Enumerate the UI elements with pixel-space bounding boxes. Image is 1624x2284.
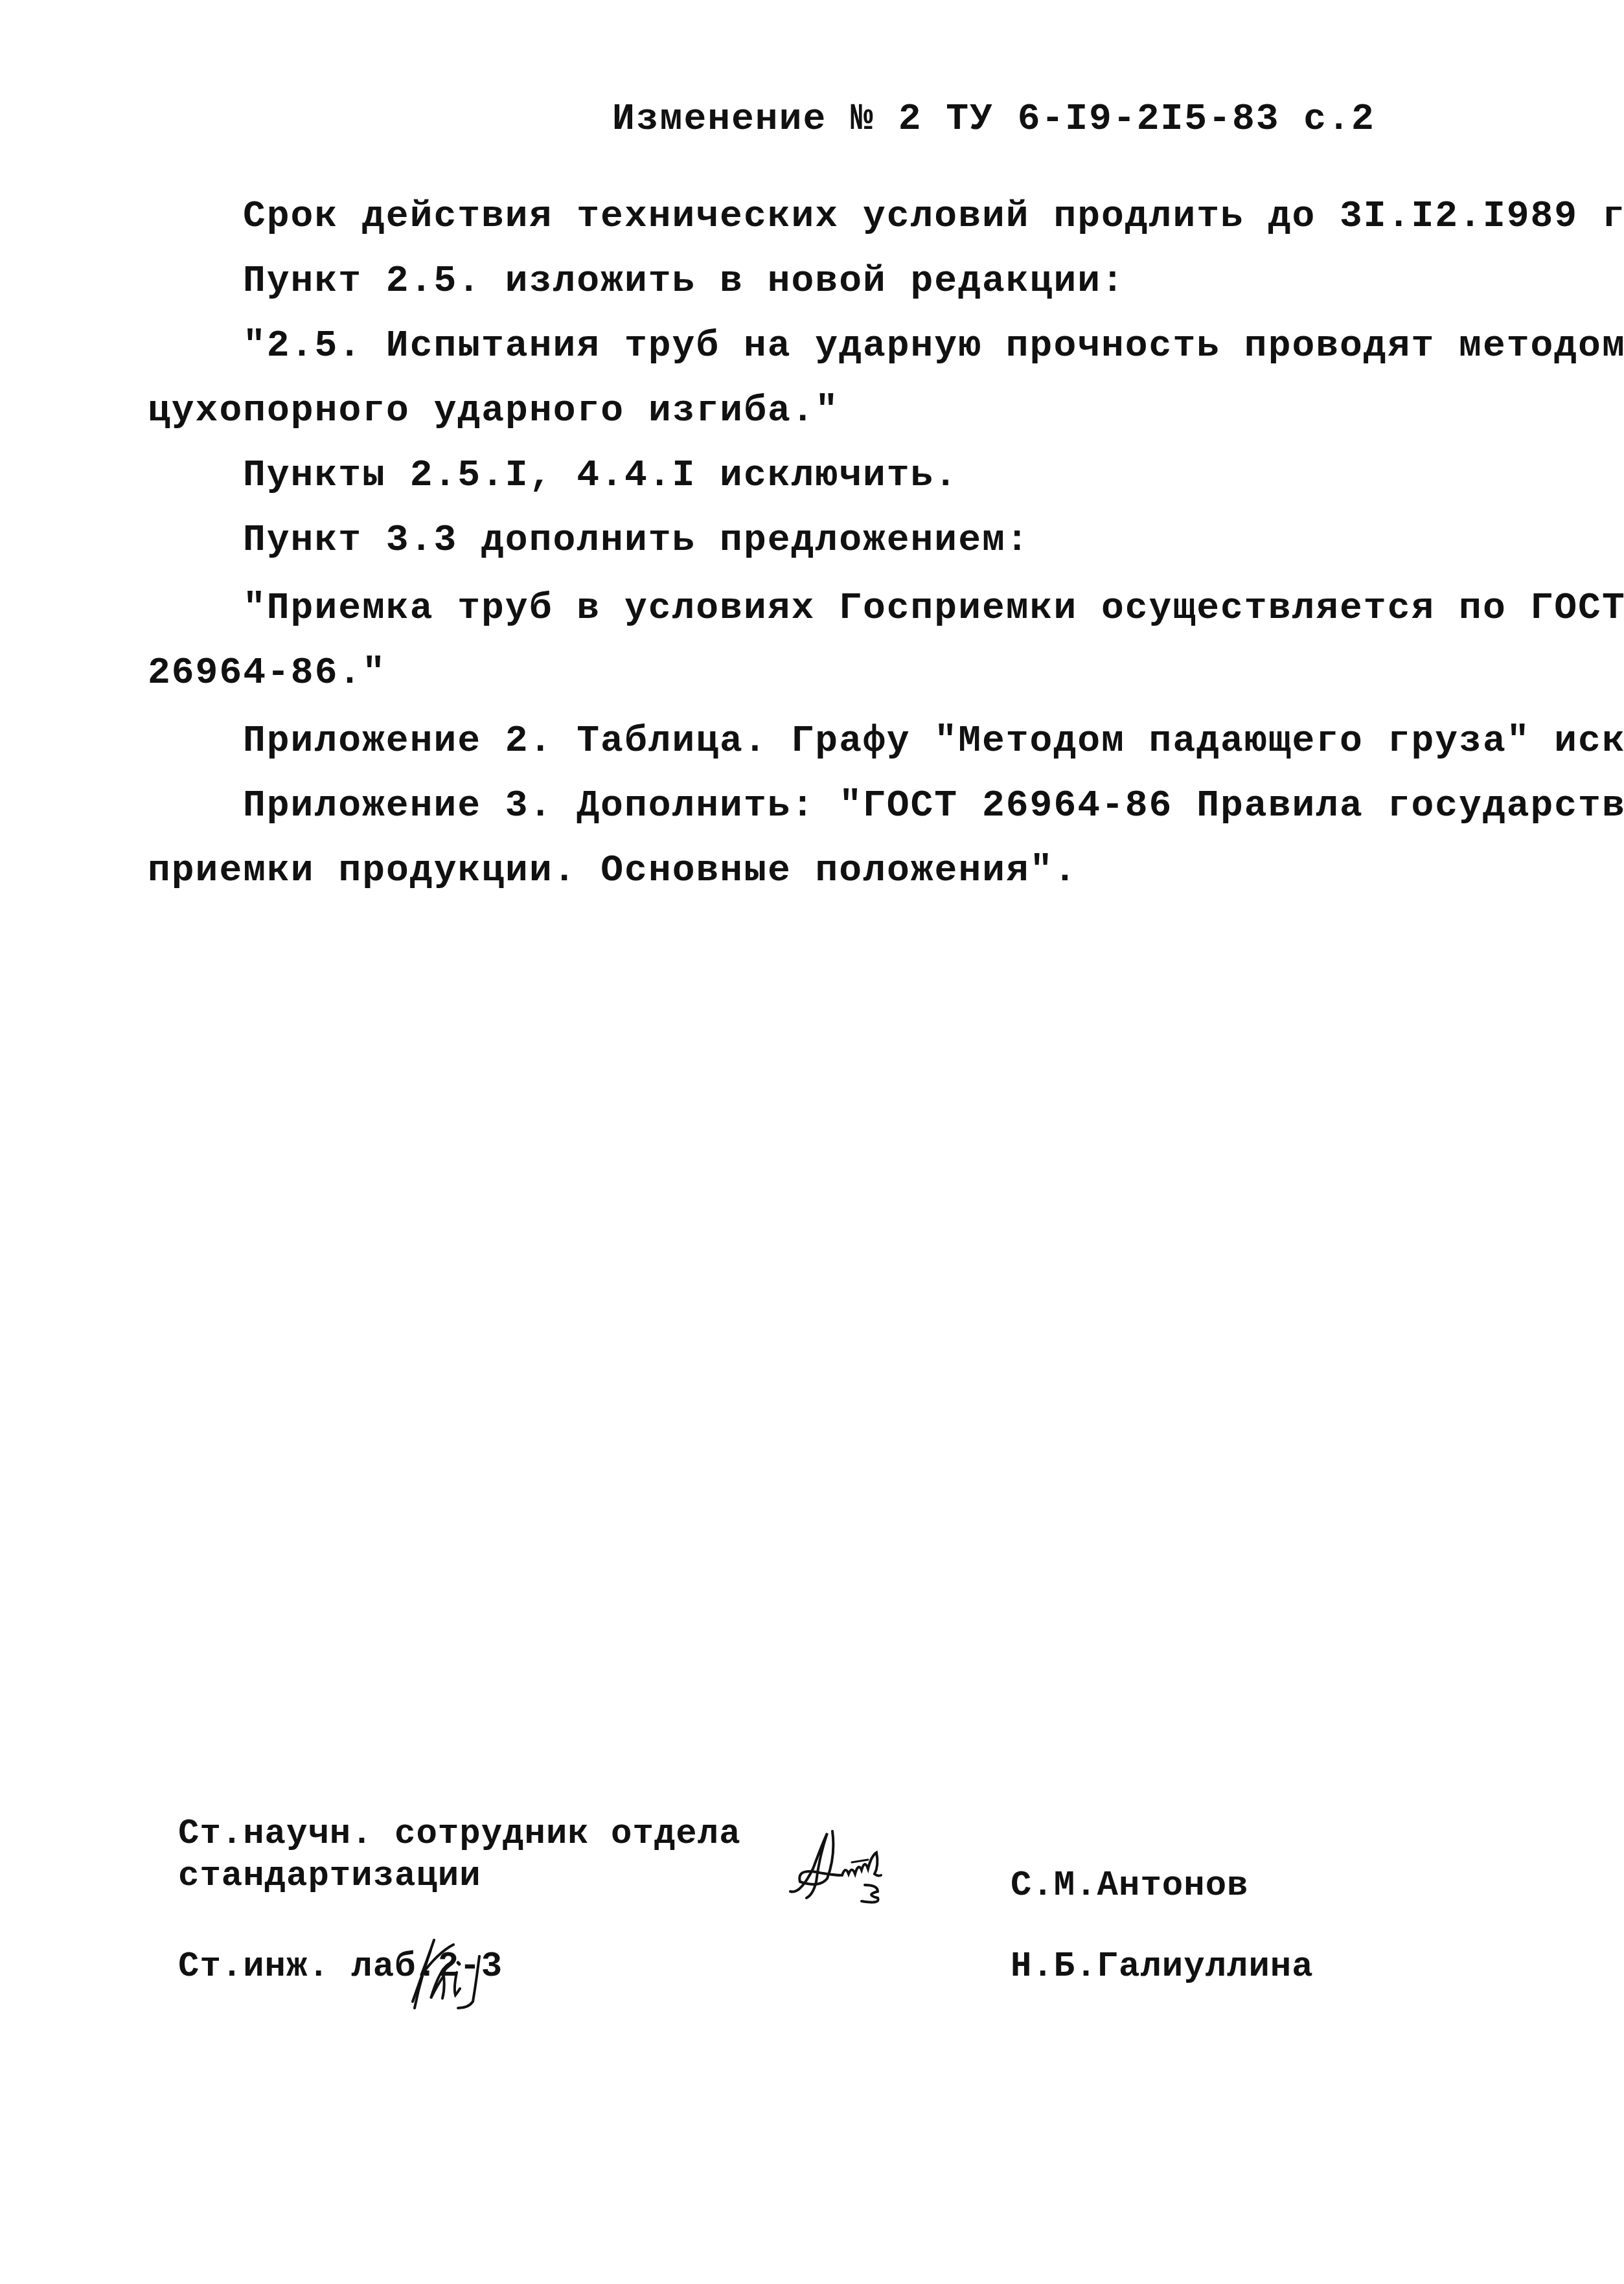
- paragraph-appendix-2: Приложение 2. Таблица. Графу "Методом па…: [243, 719, 1624, 764]
- handwritten-signature-icon: [411, 1937, 489, 2015]
- paragraph-item-2-5: Пункт 2.5. изложить в новой редакции:: [243, 259, 1125, 304]
- signatory-2-name: Н.Б.Галиуллина: [1011, 1947, 1314, 1988]
- signatory-1-position-line2: стандартизации: [178, 1856, 481, 1897]
- signature-antonov: [787, 1830, 962, 1914]
- paragraph-item-3-3: Пункт 3.3 дополнить предложением:: [243, 518, 1030, 564]
- handwritten-signature-icon: [787, 1830, 962, 1914]
- paragraph-appendix-3-line1: Приложение 3. Дополнить: "ГОСТ 26964-86 …: [243, 784, 1624, 829]
- document-header: Изменение № 2 ТУ 6-I9-2I5-83 с.2: [612, 97, 1375, 143]
- signatory-1-position-line1: Ст.научн. сотрудник отдела: [178, 1814, 741, 1855]
- paragraph-appendix-3-line2: приемки продукции. Основные положения".: [148, 849, 1077, 894]
- paragraph-validity-extension: Срок действия технических условий продли…: [243, 194, 1624, 240]
- paragraph-quote-2-5-line2: цухопорного ударного изгиба.": [148, 389, 839, 434]
- document-page: Изменение № 2 ТУ 6-I9-2I5-83 с.2 Срок де…: [0, 0, 1624, 2284]
- paragraph-quote-2-5-line1: "2.5. Испытания труб на ударную прочност…: [243, 324, 1624, 369]
- signature-galiullina: [411, 1937, 489, 2015]
- signatory-1-name: С.М.Антонов: [1011, 1866, 1248, 1907]
- paragraph-items-excluded: Пункты 2.5.I, 4.4.I исключить.: [243, 453, 958, 499]
- paragraph-quote-acceptance-line2: 26964-86.": [148, 651, 386, 696]
- paragraph-quote-acceptance-line1: "Приемка труб в условиях Госприемки осущ…: [243, 586, 1624, 632]
